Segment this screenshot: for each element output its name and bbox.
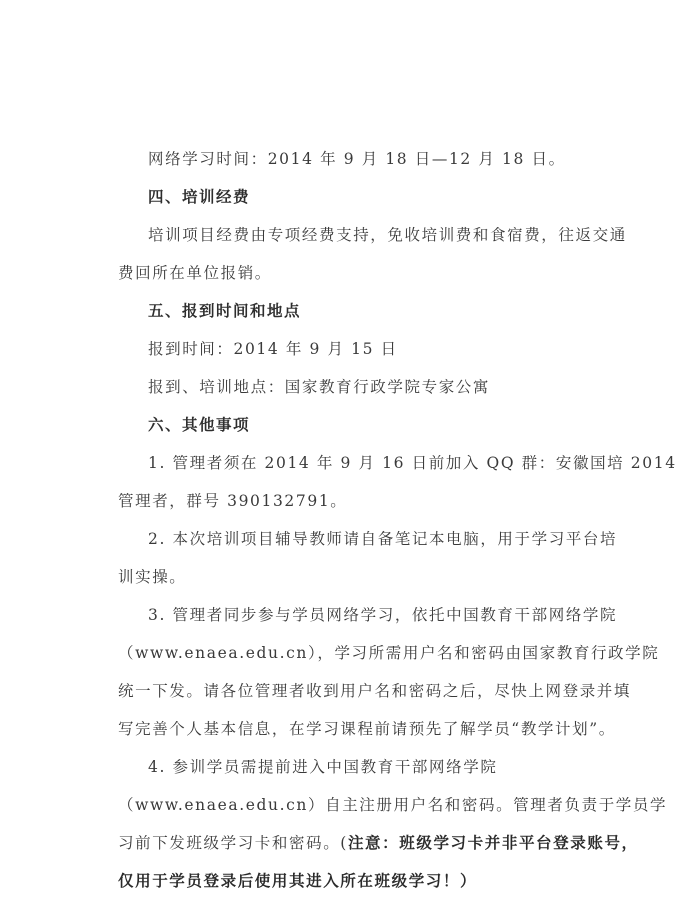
funding-paragraph-line-2: 费回所在单位报销。 bbox=[118, 262, 272, 284]
item-2-line-1: 2. 本次培训项目辅导教师请自备笔记本电脑，用于学习平台培 bbox=[148, 528, 617, 550]
section-5-heading: 五、报到时间和地点 bbox=[148, 300, 301, 322]
section-6-heading: 六、其他事项 bbox=[148, 414, 250, 436]
item-3-line-1: 3. 管理者同步参与学员网络学习，依托中国教育干部网络学院 bbox=[148, 604, 617, 626]
item-4-line-4: 仅用于学员登录后使用其进入所在班级学习！） bbox=[118, 870, 477, 892]
item-3-line-2: （www.enaea.edu.cn），学习所需用户名和密码由国家教育行政学院 bbox=[118, 642, 659, 664]
report-time: 报到时间：2014 年 9 月 15 日 bbox=[148, 338, 398, 360]
network-study-time: 网络学习时间：2014 年 9 月 18 日—12 月 18 日。 bbox=[148, 148, 566, 170]
item-1-line-1: 1. 管理者须在 2014 年 9 月 16 日前加入 QQ 群：安徽国培 20… bbox=[148, 452, 677, 474]
item-4-line-2: （www.enaea.edu.cn）自主注册用户名和密码。管理者负责于学员学 bbox=[118, 794, 667, 816]
item-3-line-4: 写完善个人基本信息，在学习课程前请预先了解学员“教学计划”。 bbox=[118, 718, 616, 740]
item-4-line-1: 4. 参训学员需提前进入中国教育干部网络学院 bbox=[148, 756, 497, 778]
funding-paragraph-line-1: 培训项目经费由专项经费支持，免收培训费和食宿费，往返交通 bbox=[148, 224, 627, 246]
document-page: 网络学习时间：2014 年 9 月 18 日—12 月 18 日。 四、培训经费… bbox=[0, 0, 700, 899]
section-4-heading: 四、培训经费 bbox=[148, 186, 250, 208]
item-4-line-3-text: 习前下发班级学习卡和密码。( bbox=[118, 834, 348, 852]
item-4-note-bold: 注意：班级学习卡并非平台登录账号， bbox=[348, 834, 639, 852]
report-place: 报到、培训地点：国家教育行政学院专家公寓 bbox=[148, 376, 490, 398]
item-3-line-3: 统一下发。请各位管理者收到用户名和密码之后，尽快上网登录并填 bbox=[118, 680, 631, 702]
item-2-line-2: 训实操。 bbox=[118, 566, 186, 588]
item-1-line-2: 管理者，群号 390132791。 bbox=[118, 490, 347, 512]
item-4-line-3: 习前下发班级学习卡和密码。(注意：班级学习卡并非平台登录账号， bbox=[118, 832, 639, 854]
